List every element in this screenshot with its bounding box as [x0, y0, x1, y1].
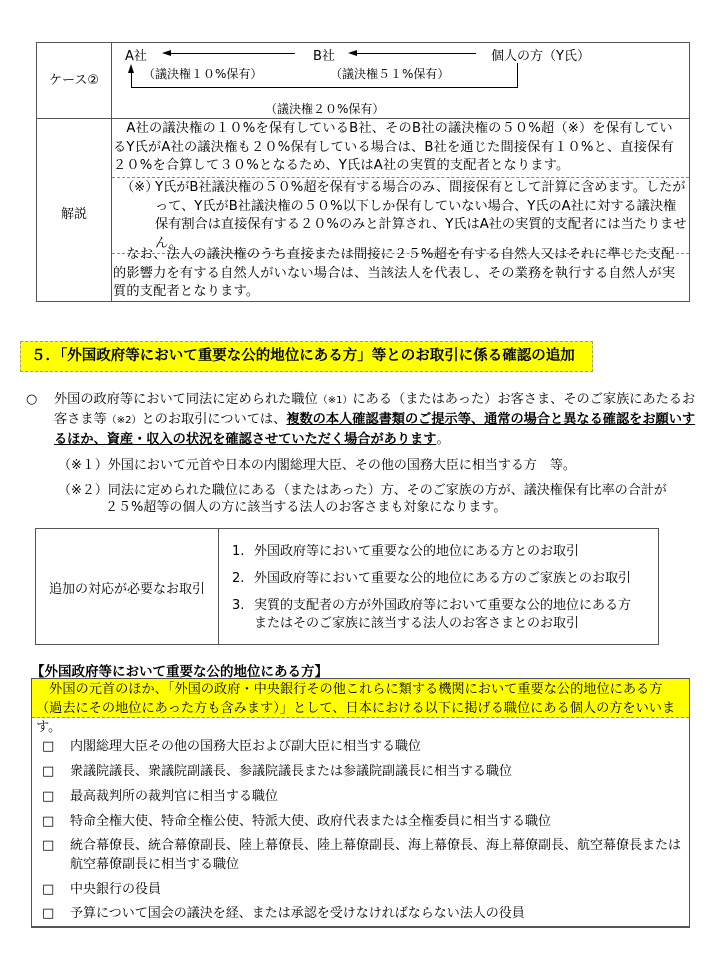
- arrow-y-to-a-right-segment: [517, 63, 518, 88]
- checkbox-square-icon: □: [42, 812, 54, 831]
- edge-label-y-to-b: （議決権５１%保有）: [330, 65, 449, 82]
- pep-position-item: □ 特命全権大使、特命全権公使、特派大使、政府代表または全権委員に相当する職位: [42, 812, 672, 831]
- pep-position-label: 衆議院議長、衆議院副議長、参議院議長または参議院副議長に相当する職位: [70, 762, 672, 781]
- footnote-text: 同法に定められた職位にある（またはあった）方、そのご家族の方が、議決権保有比率の…: [108, 483, 667, 498]
- pep-position-item: □ 衆議院議長、衆議院副議長、参議院議長または参議院副議長に相当する職位: [42, 762, 672, 781]
- dotted-divider: [112, 177, 689, 178]
- checkbox-square-icon: □: [42, 737, 54, 756]
- pep-position-label: 予算について国会の議決を経、または承認を受けなければならない法人の役員: [70, 904, 672, 923]
- note-mark: （※）: [121, 179, 158, 198]
- transaction-item-1: 1.外国政府等において重要な公的地位にある方とのお取引: [232, 543, 579, 561]
- note-body: Y氏がB社議決権の５０%超を保有する場合のみ、間接保有として計算に含めます。した…: [155, 179, 687, 253]
- item-text-continuation: またはそのご家族に該当する法人のお客さまとのお取引: [254, 615, 631, 633]
- footnote-mark: （※２）: [58, 483, 108, 498]
- bullet-text: 外国の政府等において同法に定められた職位（※1）にある（またはあった）お客さま、…: [54, 390, 696, 449]
- pep-position-label: 最高裁判所の裁判官に相当する職位: [70, 787, 672, 806]
- pep-position-label: 内閣総理大臣その他の国務大臣および副大臣に相当する職位: [70, 737, 672, 756]
- pep-position-item: □ 内閣総理大臣その他の国務大臣および副大臣に相当する職位: [42, 737, 672, 756]
- table-column-divider: [218, 529, 219, 644]
- footnote-mark: （※１）: [58, 458, 108, 473]
- table-row-divider: [37, 118, 689, 119]
- explanation-paragraph-2: なお、法人の議決権のうち直接または間接に２５%超を有する自然人又はそれに準じた支…: [113, 246, 685, 302]
- pep-position-item: □ 統合幕僚長、統合幕僚副長、陸上幕僚長、陸上幕僚副長、海上幕僚長、海上幕僚副長…: [42, 836, 682, 874]
- pep-intro: 外国の元首のほか、「外国の政府・中央銀行その他これらに類する機関において重要な公…: [32, 679, 689, 718]
- table-label: 追加の対応が必要なお取引: [36, 578, 218, 597]
- footnote-ref-1: （※1）: [318, 395, 353, 406]
- checkbox-square-icon: □: [42, 836, 54, 855]
- node-company-a: A社: [125, 45, 147, 64]
- pep-section-title: 【外国政府等において重要な公的地位にある方】: [31, 660, 328, 680]
- transaction-item-2: 2.外国政府等において重要な公的地位にある方のご家族とのお取引: [232, 570, 631, 588]
- item-number: 3.: [232, 597, 254, 615]
- node-individual-y: 個人の方（Y氏）: [491, 45, 590, 64]
- arrow-y-to-b: [356, 53, 476, 54]
- bullet-text-end: 。: [436, 432, 449, 447]
- item-text: 実質的支配者の方が外国政府等において重要な公的地位にある方: [254, 598, 631, 613]
- arrow-b-to-a: [170, 53, 295, 54]
- bullet-text-part: とのお取引については、: [142, 412, 287, 427]
- table-column-divider: [111, 43, 112, 301]
- item-text: 外国政府等において重要な公的地位にある方とのお取引: [254, 544, 579, 559]
- pep-position-label: 中央銀行の役員: [70, 880, 672, 899]
- item-number: 1.: [232, 543, 254, 561]
- footnote-2-continuation: ２５%超等の個人の方に該当する法人のお客さまも対象になります。: [105, 498, 506, 517]
- section-5-bullet: ○ 外国の政府等において同法に定められた職位（※1）にある（またはあった）お客さ…: [26, 390, 696, 449]
- checkbox-square-icon: □: [42, 762, 54, 781]
- section-5-header: ５．「外国政府等において重要な公的地位にある方」等とのお取引に係る確認の追加: [20, 341, 593, 372]
- checkbox-square-icon: □: [42, 787, 54, 806]
- node-company-b: B社: [313, 45, 335, 64]
- pep-position-label: 統合幕僚長、統合幕僚副長、陸上幕僚長、陸上幕僚副長、海上幕僚長、海上幕僚副長、航…: [70, 836, 682, 874]
- explanation-paragraph-1: A社の議決権の１０%を保有しているB社、そのB社の議決権の５０%超（※）を保有し…: [113, 120, 685, 176]
- case-label: ケース②: [37, 69, 111, 88]
- edge-label-y-to-a: （議決権２０%保有）: [265, 100, 384, 117]
- arrow-y-to-a-bottom-segment: [131, 87, 517, 88]
- pep-definition-box: 外国の元首のほか、「外国の政府・中央銀行その他これらに類する機関において重要な公…: [31, 678, 690, 928]
- footnote-text: 外国において元首や日本の内閣総理大臣、その他の国務大臣に相当する方 等。: [108, 458, 576, 473]
- pep-position-label: 特命全権大使、特命全権公使、特派大使、政府代表または全権委員に相当する職位: [70, 812, 672, 831]
- explanation-note: （※） Y氏がB社議決権の５０%超を保有する場合のみ、間接保有として計算に含めま…: [121, 179, 687, 253]
- pep-position-item: □ 最高裁判所の裁判官に相当する職位: [42, 787, 672, 806]
- pep-position-item: □ 予算について国会の議決を経、または承認を受けなければならない法人の役員: [42, 904, 672, 923]
- arrow-y-to-a-left-segment: [131, 71, 132, 87]
- additional-transactions-table: 追加の対応が必要なお取引 1.外国政府等において重要な公的地位にある方とのお取引…: [35, 528, 659, 645]
- pep-position-item: □ 中央銀行の役員: [42, 880, 672, 899]
- checkbox-square-icon: □: [42, 880, 54, 899]
- explanation-label: 解説: [37, 203, 111, 222]
- bullet-text-part: 外国の政府等において同法に定められた職位: [54, 392, 318, 407]
- circle-bullet-icon: ○: [26, 390, 37, 409]
- item-text: 外国政府等において重要な公的地位にある方のご家族とのお取引: [254, 571, 631, 586]
- footnote-ref-2: （※2）: [107, 415, 142, 426]
- case-2-table: ケース② A社 B社 個人の方（Y氏） （議決権１０%保有） （議決権５１%保有…: [36, 42, 690, 302]
- transaction-item-3: 3.実質的支配者の方が外国政府等において重要な公的地位にある方 またはそのご家族…: [232, 597, 631, 633]
- checkbox-square-icon: □: [42, 904, 54, 923]
- item-number: 2.: [232, 570, 254, 588]
- edge-label-b-to-a: （議決権１０%保有）: [143, 65, 262, 82]
- footnote-1: （※１）外国において元首や日本の内閣総理大臣、その他の国務大臣に相当する方 等。: [58, 456, 576, 475]
